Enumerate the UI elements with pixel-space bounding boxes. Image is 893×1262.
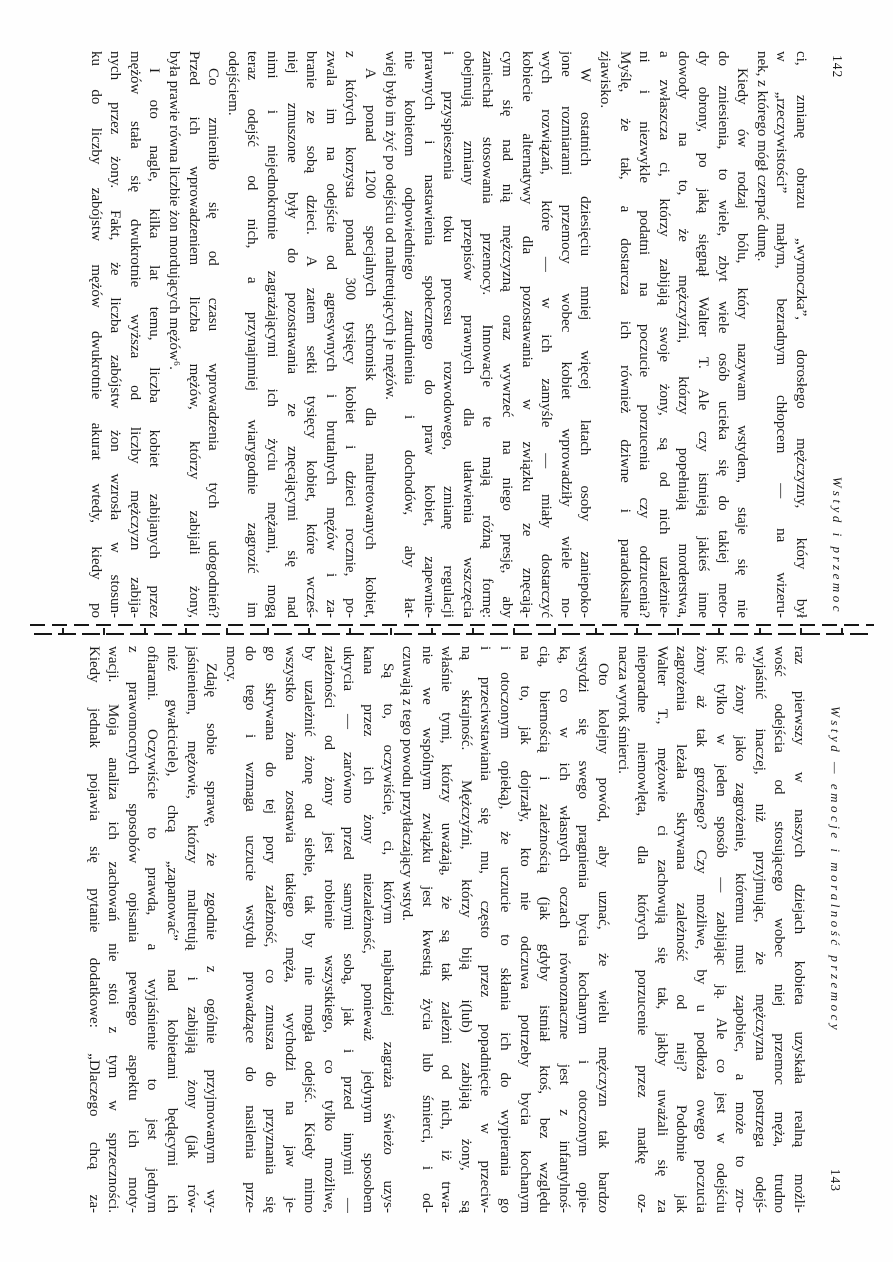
text-line: by uzależnić żonę od siebie, tak by nie … — [299, 646, 319, 1213]
text-line: dowody na to, że mężczyźni, którzy popeł… — [673, 51, 693, 618]
text-line: Zdaję sobie sprawę, że zgodnie z ogólnie… — [201, 646, 221, 1213]
text-line: zjawisko. — [594, 51, 614, 618]
text-line: nek, z którego mógł czerpać dumę. — [751, 51, 771, 618]
page-number-142: 142 — [827, 55, 847, 78]
running-title-142: Wstyd i przemoc — [827, 477, 847, 615]
text-line: ną skrajność. Mężczyźni, którzy biją i(l… — [455, 646, 475, 1213]
text-line: do tego i wzmaga uczucie wstydu prowadzą… — [240, 646, 260, 1213]
text-line: właśnie tymi, którzy uważają, że są tak … — [436, 646, 456, 1213]
text-line: wych rozwiązań, które — w ich zamyśle — … — [536, 51, 556, 618]
text-line: nie kobietom odpowiedniego zatrudnienia … — [399, 51, 419, 618]
text-line: kana przez ich żony niezależność, poniew… — [357, 646, 377, 1213]
text-line: i przyspieszenia toku procesu rozwodoweg… — [438, 51, 458, 618]
text-line: branie ze sobą dzieci. A zatem setki tys… — [301, 51, 321, 618]
text-line: raz pierwszy w naszych dziejach kobieta … — [788, 646, 808, 1213]
page-143-header: Wstyd — emocje i moralność przemocy 143 — [825, 644, 845, 1216]
binding-stitch-line — [28, 620, 874, 642]
text-line: mocy. — [220, 646, 240, 1213]
text-line: nych przez żony. Fakt, że liczba zabójst… — [105, 51, 125, 618]
text-line: teraz odejść od nich, a przynajmniej wia… — [242, 51, 262, 618]
text-line: była prawie równa liczbie żon mordującyc… — [163, 51, 183, 618]
text-line: Są to, oczywiście, ci, którym najbardzie… — [377, 646, 397, 1213]
text-line: go skrywana do tej pory zależność, co zm… — [259, 646, 279, 1213]
text-line: zagrożenia leżała skrywana zależność od … — [671, 646, 691, 1213]
text-line: niej zmuszone były do pozostawania ze zn… — [281, 51, 301, 618]
text-line: prawnych i nastawienia społecznego do pr… — [418, 51, 438, 618]
text-line: wacji. Moja analiza ich zachowań nie sto… — [103, 646, 123, 1213]
text-line: kobiecie alternatywy dla pozostawania w … — [516, 51, 536, 618]
running-title-143: Wstyd — emocje i moralność przemocy — [825, 706, 845, 1033]
text-line: jaśnieniem, mężowie, którzy maltretują i… — [181, 646, 201, 1213]
text-line: z których korzysta ponad 300 tysięcy kob… — [340, 51, 360, 618]
scanned-book-spread: 142 Wstyd i przemoc ci, zmianę obrazu „w… — [0, 0, 893, 1262]
text-line: bić tylko w jeden sposób — zabijając ją.… — [710, 646, 730, 1213]
page-143: Wstyd — emocje i moralność przemocy 143 … — [70, 644, 845, 1216]
text-line: z prawomocnych sposobów opisania pewnego… — [122, 646, 142, 1213]
text-line: żony aż tak groźnego? Czy możliwe, by u … — [690, 646, 710, 1213]
text-line: zaniechał stosowania przemocy. Innowacje… — [477, 51, 497, 618]
text-line: jone rozmiarami przemocy wobec kobiet wp… — [555, 51, 575, 618]
text-line: mężów stała się dwukrotnie wyższa od lic… — [124, 51, 144, 618]
text-line: W ostatnich dziesięciu mniej więcej lata… — [575, 51, 595, 618]
page-142-text-block: ci, zmianę obrazu „wymoczka”, dorosłego … — [85, 49, 810, 621]
text-line: i otoczonym opieką), że uczucie to skłan… — [495, 646, 515, 1213]
text-line: nież gwałciciele), chcą „zapanować” nad … — [161, 646, 181, 1213]
text-line: na to, jak dojrzały, kto nie odczuwa pot… — [514, 646, 534, 1213]
text-line: Walter T., mężowie ci zachowują się tak,… — [651, 646, 671, 1213]
text-line: I oto nagle, kilka lat temu, liczba kobi… — [144, 51, 164, 618]
text-line: wstydzi się swego pragnienia bycia kocha… — [573, 646, 593, 1213]
text-line: ku do liczby zabójstw mężów dwukrotnie a… — [85, 51, 105, 618]
text-line: cie żony jako zagrożenie, któremu musi z… — [730, 646, 750, 1213]
text-line: a zwłaszcza ci, którzy zabijają swoje żo… — [653, 51, 673, 618]
text-line: nimi i niejednokrotnie zagrażającymi ich… — [261, 51, 281, 618]
text-line: wszystko żona zostawia takiego męża, wyc… — [279, 646, 299, 1213]
text-line: Kiedy ów rodzaj bólu, który nazywam wsty… — [732, 51, 752, 618]
text-line: cią, biernością i zależnością (jak gdyby… — [534, 646, 554, 1213]
text-line: w „rzeczywistości” małym, bezradnym chło… — [771, 51, 791, 618]
page-143-text-block: raz pierwszy w naszych dziejach kobieta … — [83, 644, 808, 1216]
text-line: zwala im na odejście od agresywnych i br… — [320, 51, 340, 618]
text-line: wiej było im żyć po odejściu od maltretu… — [379, 51, 399, 618]
text-line: Co zmieniło się od czasu wprowadzenia ty… — [203, 51, 223, 618]
text-line: ofiarami. Oczywiście to prawda, a wyjaśn… — [142, 646, 162, 1213]
text-line: ką, co w ich własnych oczach równoznaczn… — [553, 646, 573, 1213]
text-line: czuwają z tego powodu przytłaczający wst… — [397, 646, 417, 1213]
text-line: wyjaśnić inaczej, niż przyjmując, że męż… — [749, 646, 769, 1213]
text-line: Kiedy jednak pojawia się pytanie dodatko… — [83, 646, 103, 1213]
text-line: nieporadne niemowlęta, dla których porzu… — [632, 646, 652, 1213]
page-number-143: 143 — [825, 1169, 845, 1192]
text-line: ukrycia — zarówno przed samymi sobą, jak… — [338, 646, 358, 1213]
text-line: do zniesienia, to wiele, zbyt wiele osób… — [712, 51, 732, 618]
text-line: zależności od żony jest robienie wszystk… — [318, 646, 338, 1213]
page-142-header: 142 Wstyd i przemoc — [827, 49, 847, 621]
text-line: odejściem. — [222, 51, 242, 618]
text-line: nie we wspólnym związku jest kwestią życ… — [416, 646, 436, 1213]
text-line: Przed ich wprowadzeniem liczba mężów, kt… — [183, 51, 203, 618]
text-line: ci, zmianę obrazu „wymoczka”, dorosłego … — [790, 51, 810, 618]
text-line: dy obrony, po jaką sięgnął Walter T. Ale… — [692, 51, 712, 618]
text-line: i przeciwstawiania się mu, często przez … — [475, 646, 495, 1213]
text-line: ni i niezwykle podatni na poczucie porzu… — [634, 51, 654, 618]
text-line: obejmują zmiany przepisów prawnych dla u… — [457, 51, 477, 618]
text-line: wość odejścia od stosującego wobec niej … — [769, 646, 789, 1213]
page-142: 142 Wstyd i przemoc ci, zmianę obrazu „w… — [57, 49, 847, 621]
text-line: nacza wyrok śmierci. — [612, 646, 632, 1213]
text-line: A ponad 1200 specjalnych schronisk dla m… — [359, 51, 379, 618]
text-line: cym się nad nią mężczyzną oraz wywrzeć n… — [497, 51, 517, 618]
text-line: Oto kolejny powód, aby uznać, że wielu m… — [592, 646, 612, 1213]
text-line: Myślę, że tak, a dostarcza ich również d… — [614, 51, 634, 618]
